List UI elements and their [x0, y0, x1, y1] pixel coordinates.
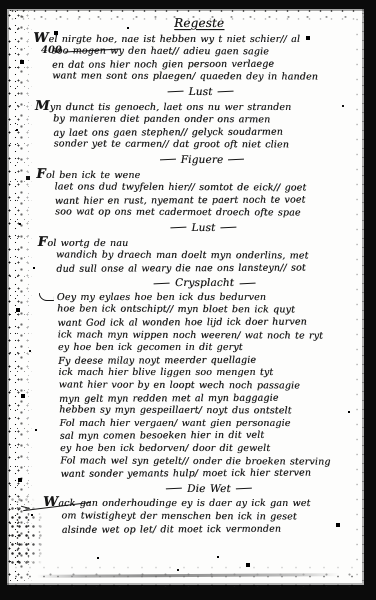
text-line: soo mogen wy den haet// adieu gaen sagie [52, 46, 354, 60]
text-line: want God ick al wonden hoe lijd ick doer… [57, 316, 359, 330]
text-line: want hier voor by en loopt wech noch pas… [59, 379, 361, 393]
text-line: Wack gan onderhoudinge ey is daer ay ick… [43, 497, 363, 511]
scan-speckles [7, 9, 9, 11]
section-heading: Lust [49, 222, 357, 235]
scan-noise-left-edge [5, 9, 35, 585]
scan-noise-corner-blotch [9, 495, 43, 565]
text-line: alsinde wet op let/ dit moet ick vermond… [62, 523, 364, 537]
section-heading: Die Wet [55, 483, 363, 496]
text-line: want sonder yemants hulp/ moet ick hier … [60, 467, 362, 481]
text-line: sonder yet te carmen// dat groot oft nie… [54, 139, 356, 153]
section-lines: Oey my eylaes hoe ben ick dus bedurvenho… [51, 292, 363, 481]
text-line: sal myn comen besoeken hier in dit velt [60, 430, 362, 444]
manuscript-page: 400 Regeste Wel nirgte hoe, nae ist hebb… [7, 9, 364, 585]
section-lust-1: Lust Myn dunct tis genoech, laet ons nu … [46, 86, 355, 152]
page-content: Regeste Wel nirgte hoe, nae ist hebben w… [45, 17, 364, 536]
section-heading: Regeste [45, 17, 353, 30]
section-lines: Wel nirgte hoe, nae ist hebben wy t niet… [45, 33, 354, 84]
text-line: by manieren diet panden onder ons armen [53, 113, 355, 127]
text-line: Fol ben ick te wene [36, 169, 356, 183]
text-line: wandich by draech man doelt myn onderlin… [56, 249, 358, 263]
text-line: ick mach myn wippen noch weeren/ wat noc… [58, 329, 360, 343]
section-heading: Figuere [48, 154, 356, 167]
manuscript-scan: 400 Regeste Wel nirgte hoe, nae ist hebb… [0, 0, 376, 600]
section-lust-2: Lust Fol wortg de nauwandich by draech m… [49, 222, 358, 275]
text-line: ey hoe ben ick bedorven/ door dit gewelt [60, 443, 362, 456]
section-crysplacht: Crysplacht Oey my eylaes hoe ben ick dus… [50, 277, 362, 481]
text-line: dud sull onse al weary die nae ons lanst… [56, 262, 358, 276]
section-lines: Myn dunct tis genoech, laet ons nu wer s… [47, 101, 356, 152]
section-heading: Lust [46, 86, 354, 99]
text-line: ick mach hier blive liggen soo mengen ty… [58, 367, 360, 380]
section-lines: Fol ben ick te wenelaet ons dud twyfelen… [48, 169, 357, 220]
section-lines: Wack gan onderhoudinge ey is daer ay ick… [55, 497, 364, 536]
text-line: laet ons dud twyfelen hier// somtot de e… [54, 181, 356, 195]
section-regeste: Regeste Wel nirgte hoe, nae ist hebben w… [45, 17, 354, 84]
text-line: soo wat op ons met cadermoet droech ofte… [55, 207, 357, 221]
text-line: ey hoe ben ick gecomen in dit geryt [58, 342, 360, 355]
section-lines: Fol wortg de nauwandich by draech man do… [50, 237, 359, 276]
text-line: Fol wortg de nau [38, 237, 358, 251]
scan-bottom-smudge [37, 573, 339, 578]
text-line: Fy deese milay noyt meerder quellagie [58, 354, 360, 368]
text-line: om twistigheyt der menschen ben ick in g… [61, 510, 363, 524]
text-line: Myn dunct tis genoech, laet ons nu wer s… [35, 101, 355, 115]
section-die-wet: Die Wet Wack gan onderhoudinge ey is dae… [55, 483, 364, 536]
text-line: want men sont ons plaegen/ quaeden dey i… [52, 71, 354, 85]
text-line: Wel nirgte hoe, nae ist hebben wy t niet… [33, 33, 353, 47]
section-heading: Crysplacht [50, 277, 358, 290]
text-line: hebben sy myn gespeillaert/ noyt dus ont… [59, 405, 361, 419]
section-figuere: Figuere Fol ben ick te wenelaet ons dud … [48, 154, 357, 220]
